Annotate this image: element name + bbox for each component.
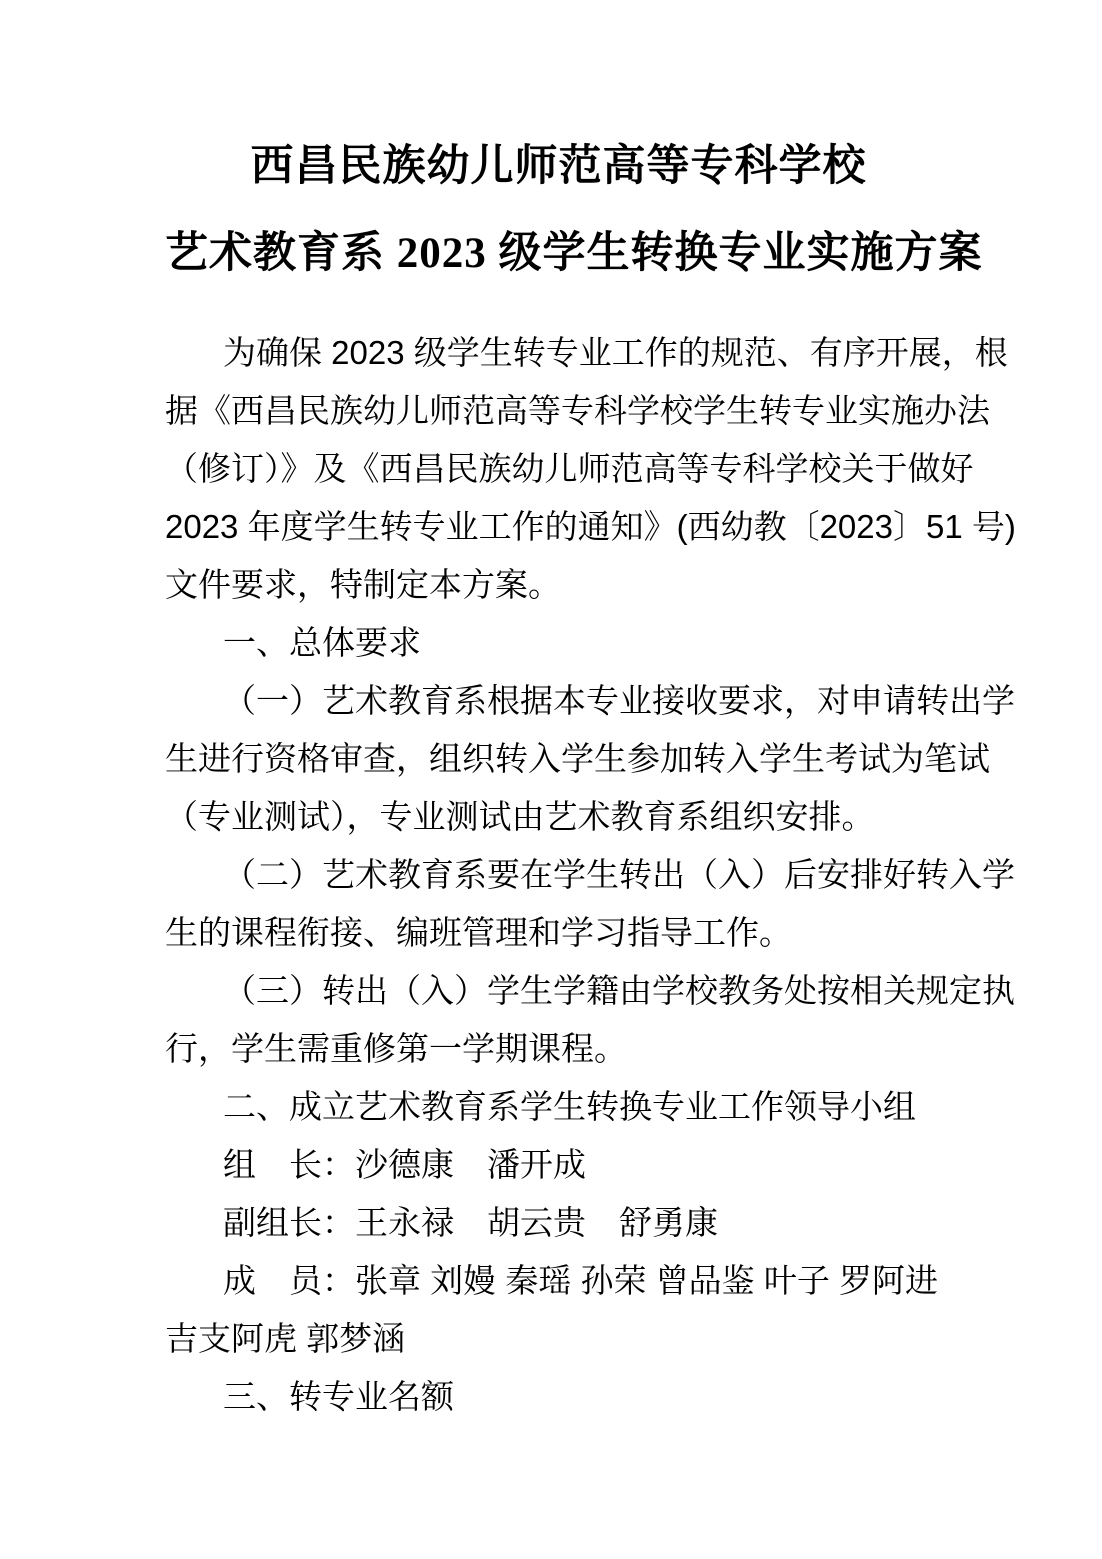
document-content: 西昌民族幼儿师范高等专科学校 艺术教育系 2023 级学生转换专业实施方案 为确…	[165, 0, 952, 1423]
paragraph-line: （三）转出（入）学生学籍由学校教务处按相关规定执	[165, 959, 952, 1017]
paragraph-line: 生进行资格审查，组织转入学生参加转入学生考试为笔试	[165, 727, 952, 785]
paragraph-line: 行，学生需重修第一学期课程。	[165, 1017, 952, 1075]
paragraph-line: （修订）》及《西昌民族幼儿师范高等专科学校关于做好	[165, 437, 952, 495]
document-page: 西昌民族幼儿师范高等专科学校 艺术教育系 2023 级学生转换专业实施方案 为确…	[0, 0, 1102, 1559]
document-title-line-1: 西昌民族幼儿师范高等专科学校	[165, 145, 952, 188]
leader-group-line: 组 长：沙德康 潘开成	[165, 1133, 952, 1191]
document-title-line-2: 艺术教育系 2023 级学生转换专业实施方案	[165, 232, 952, 275]
document-body: 为确保 2023 级学生转专业工作的规范、有序开展，根 据《西昌民族幼儿师范高等…	[165, 321, 952, 1423]
paragraph-line: 文件要求，特制定本方案。	[165, 553, 952, 611]
paragraph-line: 2023 年度学生转专业工作的通知》(西幼教〔2023〕51 号)	[165, 495, 952, 553]
members-line: 成 员：张章 刘嫚 秦瑶 孙荣 曾品鉴 叶子 罗阿进	[165, 1249, 952, 1307]
paragraph-line: （二）艺术教育系要在学生转出（入）后安排好转入学	[165, 843, 952, 901]
section-heading-2: 二、成立艺术教育系学生转换专业工作领导小组	[165, 1075, 952, 1133]
paragraph-line: 生的课程衔接、编班管理和学习指导工作。	[165, 901, 952, 959]
members-line-continued: 吉支阿虎 郭梦涵	[165, 1307, 952, 1365]
deputy-leader-line: 副组长：王永禄 胡云贵 舒勇康	[165, 1191, 952, 1249]
paragraph-line: （专业测试），专业测试由艺术教育系组织安排。	[165, 785, 952, 843]
paragraph-line: 据《西昌民族幼儿师范高等专科学校学生转专业实施办法	[165, 379, 952, 437]
section-heading-3: 三、转专业名额	[165, 1365, 952, 1423]
paragraph-line: （一）艺术教育系根据本专业接收要求，对申请转出学	[165, 669, 952, 727]
section-heading-1: 一、总体要求	[165, 611, 952, 669]
paragraph-line: 为确保 2023 级学生转专业工作的规范、有序开展，根	[165, 321, 952, 379]
